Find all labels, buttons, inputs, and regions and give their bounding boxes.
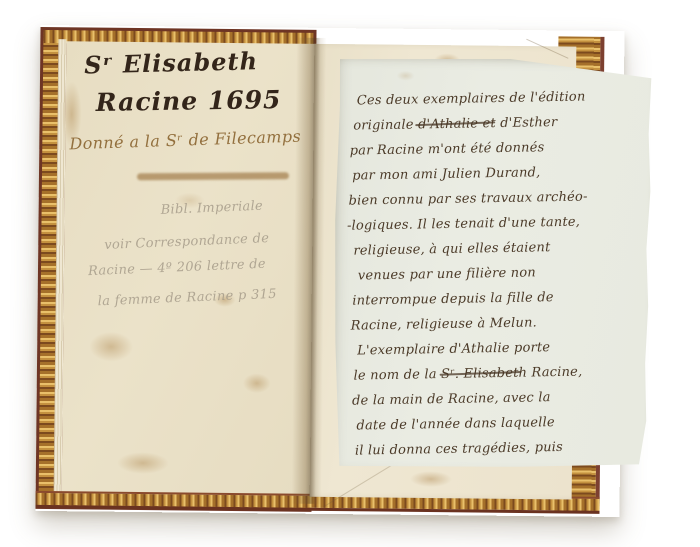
- foxing-spot: [243, 373, 271, 393]
- gift-inscription: Donné a la Sʳ de Filecamps: [69, 127, 301, 154]
- pastedown-endpaper: Sʳ Elisabeth Racine 1695 Donné a la Sʳ d…: [62, 41, 317, 500]
- pencil-note-line-1: Bibl. Imperiale: [160, 199, 263, 218]
- ink-smudge: [137, 172, 289, 180]
- foxing-spot: [397, 71, 415, 81]
- owner-inscription-line-2: Racine 1695: [96, 85, 282, 117]
- foxing-spot: [410, 471, 452, 487]
- pencil-note-line-3: Racine — 4º 206 lettre de: [88, 257, 266, 279]
- letter-line-15: il lui donna ces tragédies, puis: [355, 433, 647, 463]
- foxing-spot: [117, 452, 169, 475]
- pencil-note-line-4: la femme de Racine p 315: [97, 287, 277, 309]
- foxing-spot: [89, 331, 133, 361]
- pencil-note-line-2: voir Correspondance de: [104, 231, 269, 253]
- book-photograph-scene: Sʳ Elisabeth Racine 1695 Donné a la Sʳ d…: [0, 0, 700, 547]
- gutter-shadow: [292, 38, 327, 504]
- owner-inscription-line-1: Sʳ Elisabeth: [84, 46, 258, 79]
- front-board-leather: Sʳ Elisabeth Racine 1695 Donné a la Sʳ d…: [35, 27, 316, 512]
- letter-sheet: Ces deux exemplaires de l'édition origin…: [331, 56, 653, 470]
- letter-text-block: Ces deux exemplaires de l'édition origin…: [347, 84, 647, 464]
